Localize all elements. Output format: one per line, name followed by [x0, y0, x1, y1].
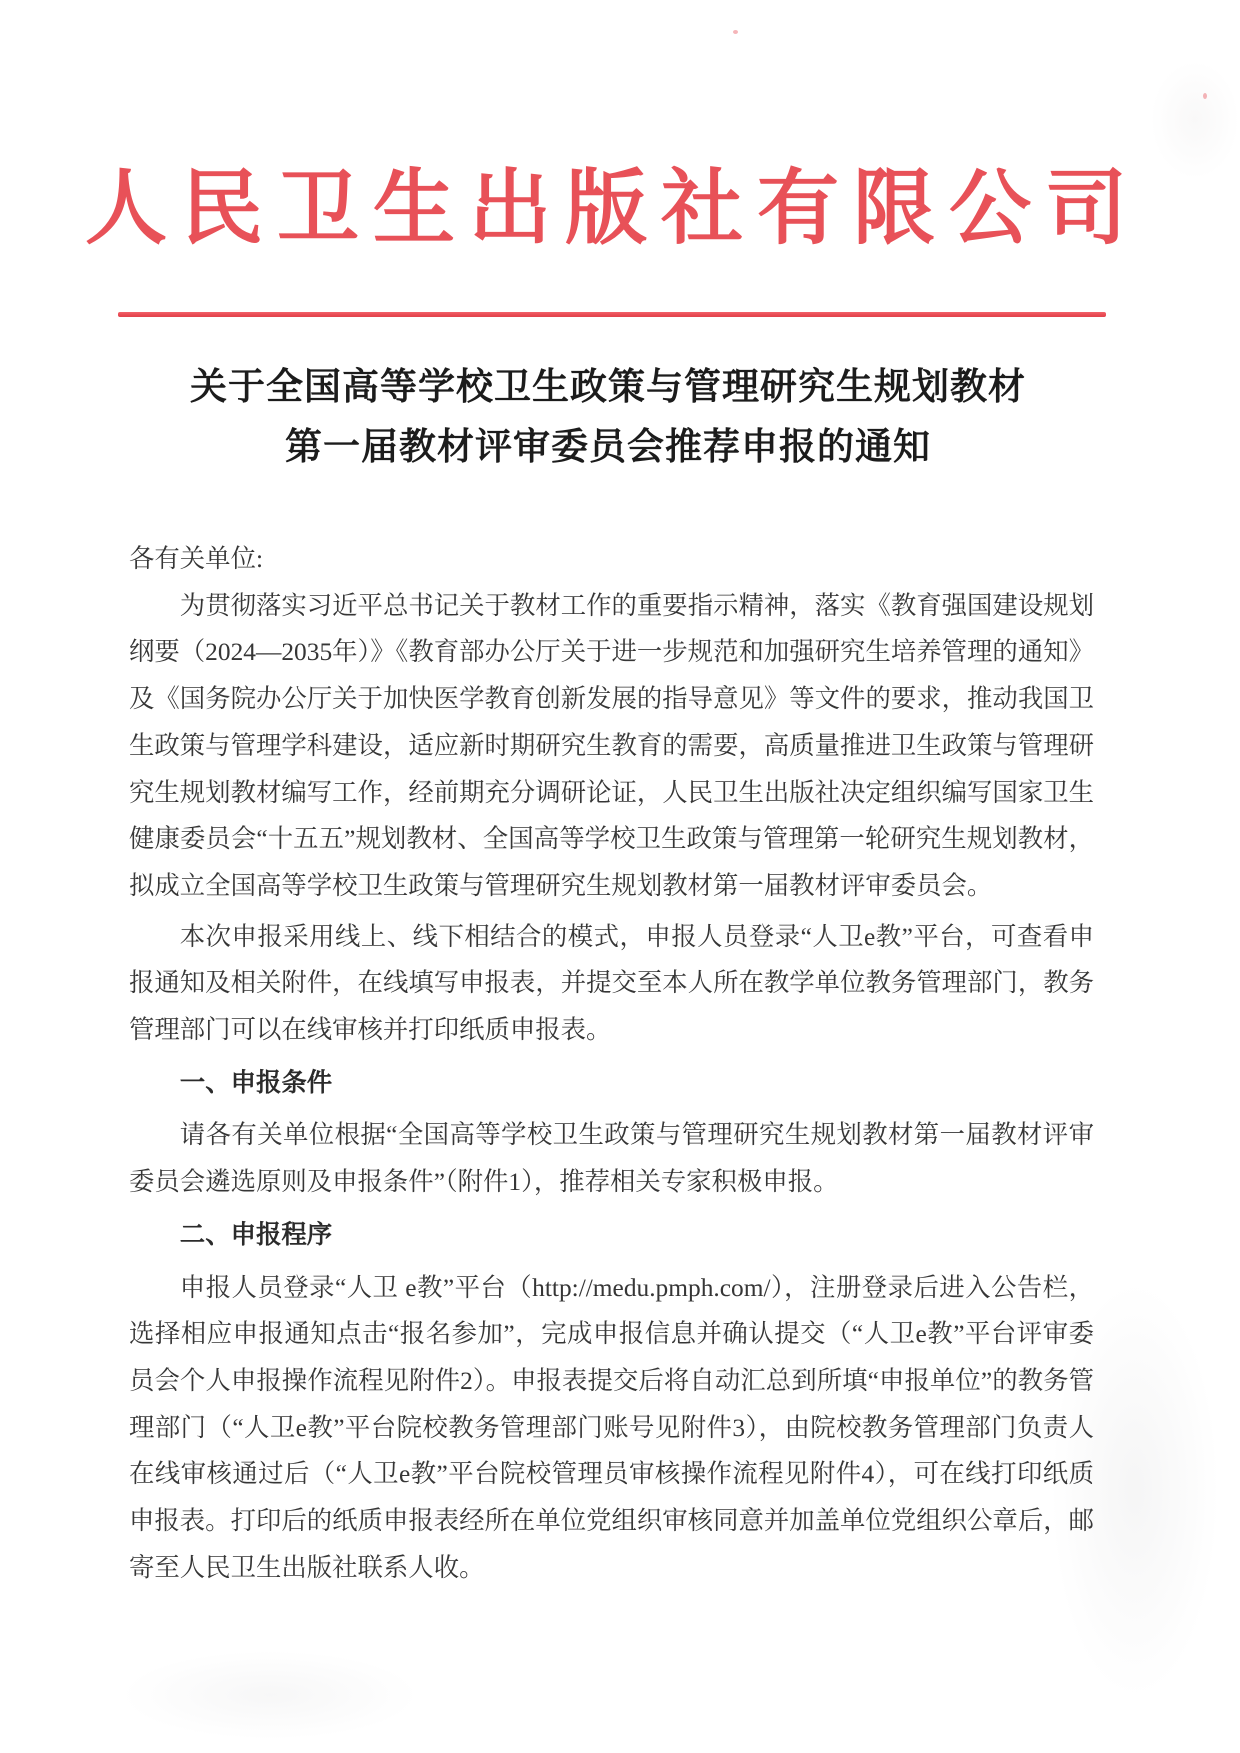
scanned-notice-page: 人民卫生出版社有限公司 关于全国高等学校卫生政策与管理研究生规划教材 第一届教材… [0, 0, 1240, 1753]
letterhead-company-name: 人民卫生出版社有限公司 [0, 166, 1233, 252]
paragraph-application-conditions: 请各有关单位根据“全国高等学校卫生政策与管理研究生规划教材第一届教材评审委员会遴… [129, 1112, 1094, 1205]
section-heading-application-procedure: 二、申报程序 [129, 1212, 1094, 1259]
document-title-line-2: 第一届教材评审委员会推荐申报的通知 [0, 418, 1228, 478]
document-title-line-1: 关于全国高等学校卫生政策与管理研究生规划教材 [0, 358, 1228, 418]
paragraph-application-mode: 本次申报采用线上、线下相结合的模式，申报人员登录“人卫e教”平台，可查看申报通知… [129, 914, 1094, 1054]
paragraph-application-procedure: 申报人员登录“人卫 e教”平台（http://medu.pmph.com/），注… [129, 1265, 1094, 1592]
scan-speck [733, 30, 738, 34]
scan-speck [1203, 93, 1207, 99]
section-heading-application-conditions: 一、申报条件 [129, 1060, 1094, 1107]
scan-smudge [1150, 60, 1240, 180]
salutation: 各有关单位: [129, 536, 1094, 583]
letterhead-red-divider [118, 312, 1106, 317]
paragraph-background: 为贯彻落实习近平总书记关于教材工作的重要指示精神，落实《教育强国建设规划纲要（2… [129, 583, 1094, 910]
scan-smudge [120, 1650, 420, 1740]
document-body: 各有关单位: 为贯彻落实习近平总书记关于教材工作的重要指示精神，落实《教育强国建… [129, 536, 1094, 1595]
document-title: 关于全国高等学校卫生政策与管理研究生规划教材 第一届教材评审委员会推荐申报的通知 [0, 358, 1228, 478]
